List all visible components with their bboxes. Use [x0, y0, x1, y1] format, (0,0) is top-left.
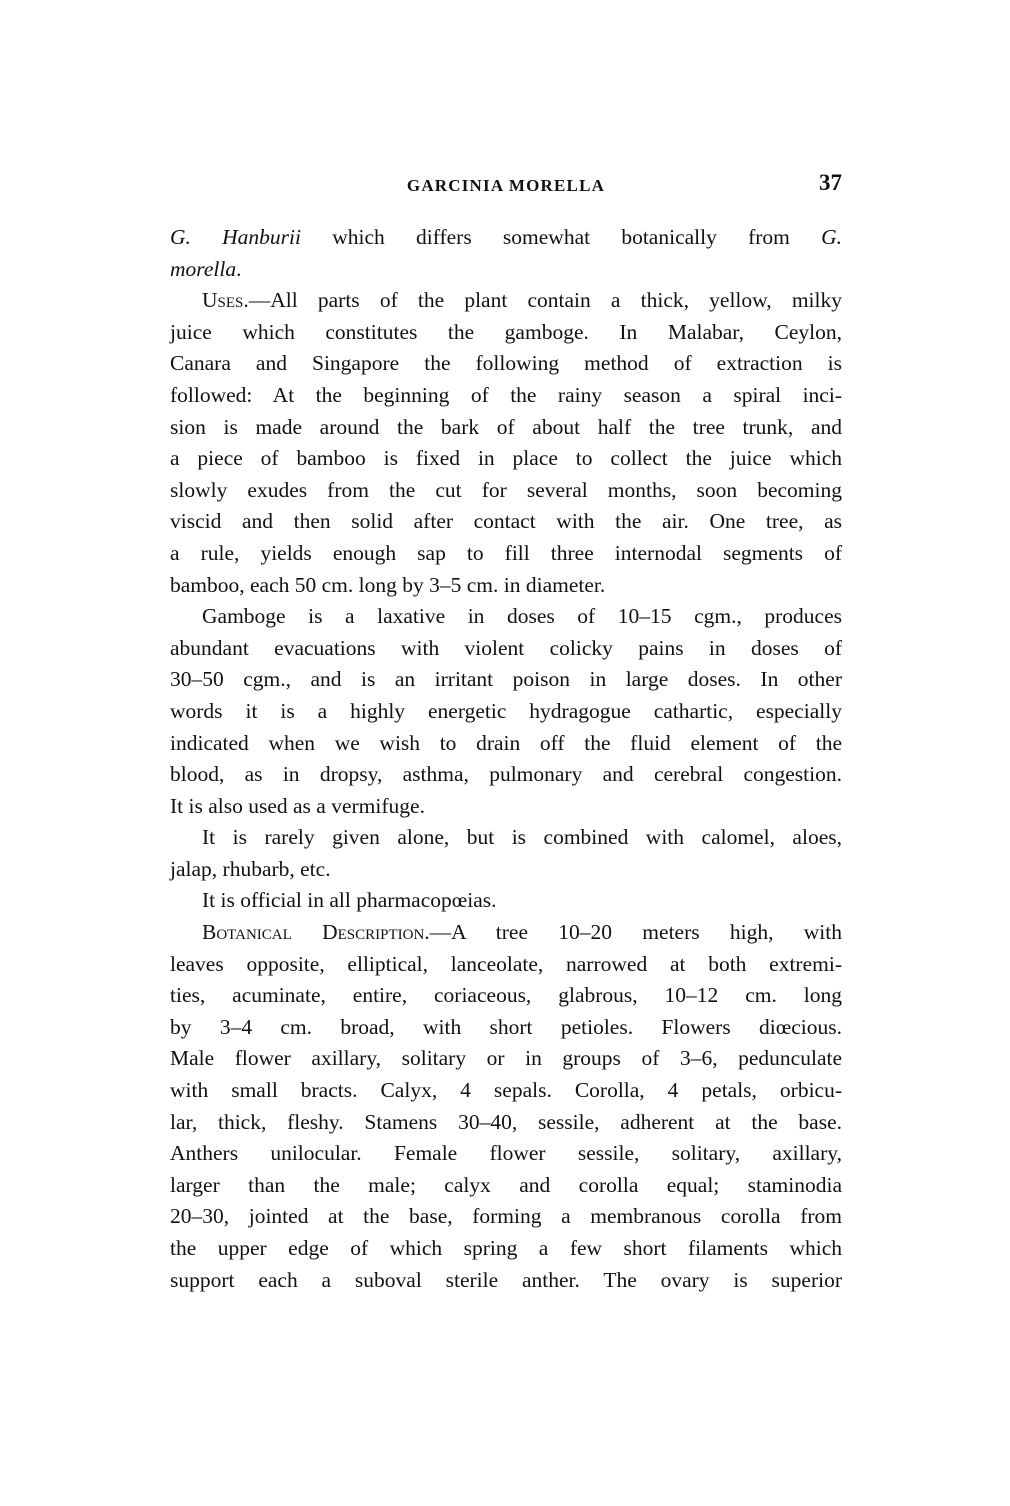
text-segment: juice which constitutes the gamboge. In …	[170, 320, 842, 344]
text-line: It is official in all pharmacopœias.	[170, 885, 842, 917]
text-segment: with small bracts. Calyx, 4 sepals. Coro…	[170, 1078, 842, 1102]
text-segment: Gamboge is a laxative in doses of 10–15 …	[202, 604, 842, 628]
text-line: sion is made around the bark of about ha…	[170, 412, 842, 444]
text-line: words it is a highly energetic hydragogu…	[170, 696, 842, 728]
text-segment: It is official in all pharmacopœias.	[202, 888, 497, 912]
text-line: Anthers unilocular. Female flower sessil…	[170, 1138, 842, 1170]
text-line: Uses.—All parts of the plant contain a t…	[170, 285, 842, 317]
text-line: G. Hanburii which differs somewhat botan…	[170, 222, 842, 254]
text-line: It is rarely given alone, but is combine…	[170, 822, 842, 854]
text-segment: —A tree 10–20 meters high, with	[430, 920, 842, 944]
text-line: It is also used as a vermifuge.	[170, 791, 842, 823]
text-segment: 30–50 cgm., and is an irritant poison in…	[170, 667, 842, 691]
text-segment: viscid and then solid after contact with…	[170, 509, 842, 533]
text-segment: which differs somewhat botanically from	[301, 225, 821, 249]
text-segment: a piece of bamboo is fixed in place to c…	[170, 446, 842, 470]
section-heading: Botanical Description.	[202, 920, 430, 944]
text-line: a piece of bamboo is fixed in place to c…	[170, 443, 842, 475]
text-segment: It is rarely given alone, but is combine…	[202, 825, 842, 849]
text-line: support each a suboval sterile anther. T…	[170, 1265, 842, 1297]
text-line: Botanical Description.—A tree 10–20 mete…	[170, 917, 842, 949]
text-segment: indicated when we wish to drain off the …	[170, 731, 842, 755]
text-line: larger than the male; calyx and corolla …	[170, 1170, 842, 1202]
italic-text: Hanburii	[222, 225, 301, 249]
text-line: abundant evacuations with violent colick…	[170, 633, 842, 665]
text-segment: .	[236, 257, 241, 281]
text-line: jalap, rhubarb, etc.	[170, 854, 842, 886]
text-segment: followed: At the beginning of the rainy …	[170, 383, 842, 407]
text-line: slowly exudes from the cut for several m…	[170, 475, 842, 507]
section-heading: Uses.	[202, 288, 249, 312]
text-line: 20–30, jointed at the base, forming a me…	[170, 1201, 842, 1233]
text-line: 30–50 cgm., and is an irritant poison in…	[170, 664, 842, 696]
text-segment: blood, as in dropsy, asthma, pulmonary a…	[170, 762, 842, 786]
text-line: a rule, yields enough sap to fill three …	[170, 538, 842, 570]
italic-text: G.	[170, 225, 222, 249]
text-line: by 3–4 cm. broad, with short petioles. F…	[170, 1012, 842, 1044]
text-segment: Male flower axillary, solitary or in gro…	[170, 1046, 842, 1070]
italic-text: morella	[170, 257, 236, 281]
text-segment: ties, acuminate, entire, coriaceous, gla…	[170, 983, 842, 1007]
text-segment: bamboo, each 50 cm. long by 3–5 cm. in d…	[170, 573, 605, 597]
text-segment: leaves opposite, elliptical, lanceolate,…	[170, 952, 842, 976]
text-line: indicated when we wish to drain off the …	[170, 728, 842, 760]
text-line: bamboo, each 50 cm. long by 3–5 cm. in d…	[170, 570, 842, 602]
text-segment: abundant evacuations with violent colick…	[170, 636, 842, 660]
page-body: G. Hanburii which differs somewhat botan…	[170, 222, 842, 1296]
text-segment: sion is made around the bark of about ha…	[170, 415, 842, 439]
italic-text: G.	[821, 225, 842, 249]
text-segment: words it is a highly energetic hydragogu…	[170, 699, 842, 723]
text-line: viscid and then solid after contact with…	[170, 506, 842, 538]
text-line: the upper edge of which spring a few sho…	[170, 1233, 842, 1265]
text-segment: lar, thick, fleshy. Stamens 30–40, sessi…	[170, 1110, 842, 1134]
text-segment: slowly exudes from the cut for several m…	[170, 478, 842, 502]
text-segment: the upper edge of which spring a few sho…	[170, 1236, 842, 1260]
page-header: GARCINIA MORELLA 37	[170, 170, 842, 200]
text-line: ties, acuminate, entire, coriaceous, gla…	[170, 980, 842, 1012]
page-number: 37	[819, 170, 842, 196]
text-segment: by 3–4 cm. broad, with short petioles. F…	[170, 1015, 842, 1039]
text-line: morella.	[170, 254, 842, 286]
text-line: Gamboge is a laxative in doses of 10–15 …	[170, 601, 842, 633]
text-line: lar, thick, fleshy. Stamens 30–40, sessi…	[170, 1107, 842, 1139]
text-segment: 20–30, jointed at the base, forming a me…	[170, 1204, 842, 1228]
text-segment: support each a suboval sterile anther. T…	[170, 1268, 842, 1292]
text-line: Male flower axillary, solitary or in gro…	[170, 1043, 842, 1075]
text-line: blood, as in dropsy, asthma, pulmonary a…	[170, 759, 842, 791]
text-segment: larger than the male; calyx and corolla …	[170, 1173, 842, 1197]
text-segment: Anthers unilocular. Female flower sessil…	[170, 1141, 842, 1165]
running-head: GARCINIA MORELLA	[170, 176, 842, 196]
text-line: followed: At the beginning of the rainy …	[170, 380, 842, 412]
text-line: with small bracts. Calyx, 4 sepals. Coro…	[170, 1075, 842, 1107]
text-segment: a rule, yields enough sap to fill three …	[170, 541, 842, 565]
text-line: leaves opposite, elliptical, lanceolate,…	[170, 949, 842, 981]
text-line: Canara and Singapore the following metho…	[170, 348, 842, 380]
text-segment: Canara and Singapore the following metho…	[170, 351, 842, 375]
text-line: juice which constitutes the gamboge. In …	[170, 317, 842, 349]
text-segment: —All parts of the plant contain a thick,…	[249, 288, 842, 312]
text-segment: jalap, rhubarb, etc.	[170, 857, 331, 881]
text-segment: It is also used as a vermifuge.	[170, 794, 425, 818]
